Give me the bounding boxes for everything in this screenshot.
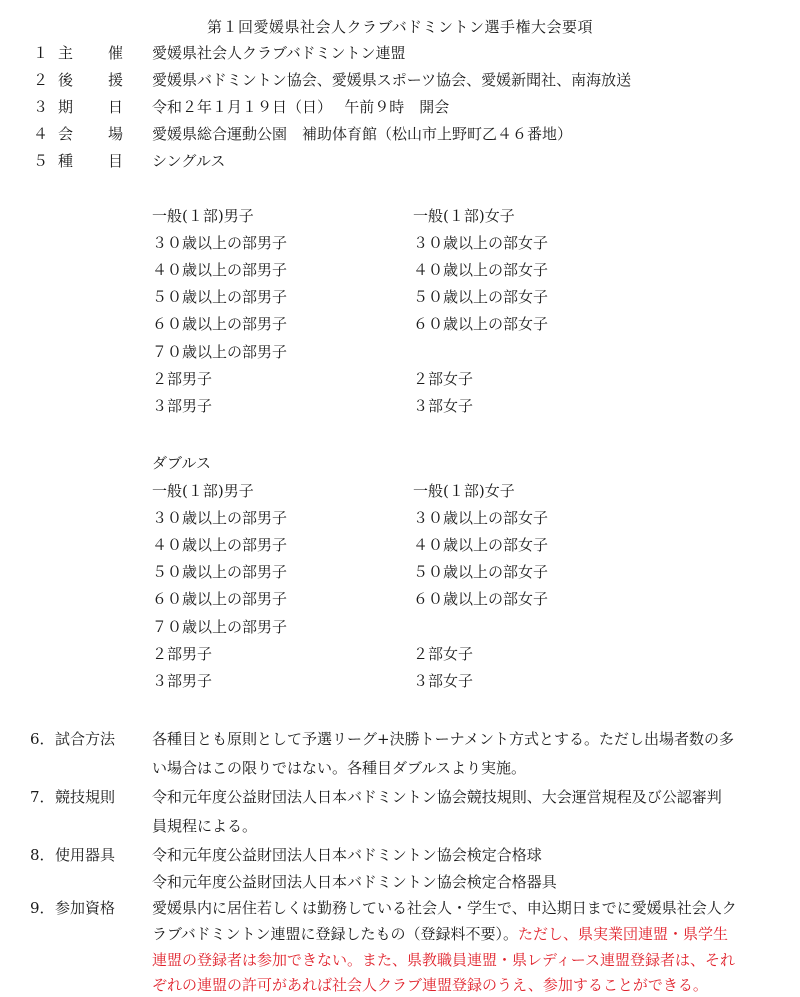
section-text: 令和元年度公益財団法人日本バドミントン協会競技規則、大会運営規程及び公認審判 — [152, 784, 722, 811]
doubles-men-event: ５０歳以上の部男子 — [152, 559, 287, 586]
item-label-1: 期 — [58, 94, 73, 121]
item-label-2: 日 — [108, 94, 123, 121]
section-text-mixed: ラブバドミントン連盟に登録したもの（登録料不要）。ただし、県実業団連盟・県学生 — [152, 921, 728, 948]
singles-heading: シングルス — [152, 148, 225, 175]
doubles-men-event: 一般(１部)男子 — [152, 478, 254, 505]
doubles-men-event: ６０歳以上の部男子 — [152, 586, 287, 613]
doubles-women-event: ３０歳以上の部女子 — [413, 505, 548, 532]
singles-women-event: ４０歳以上の部女子 — [413, 257, 548, 284]
item-number: ２ — [33, 67, 48, 94]
item-label-1: 種 — [58, 148, 73, 175]
item-value: 愛媛県社会人クラブバドミントン連盟 — [152, 40, 406, 67]
section-text: 各種目とも原則として予選リーグ+決勝トーナメント方式とする。ただし出場者数の多 — [152, 726, 734, 753]
singles-women-event: ３部女子 — [413, 393, 473, 420]
singles-men-event: ５０歳以上の部男子 — [152, 284, 287, 311]
singles-men-event: ３部男子 — [152, 393, 212, 420]
section-label: 参加資格 — [55, 895, 115, 922]
item-label-1: 会 — [58, 121, 73, 148]
singles-men-event: ２部男子 — [152, 366, 212, 393]
item-value: 愛媛県総合運動公園 補助体育館（松山市上野町乙４６番地） — [152, 121, 572, 148]
doubles-men-event: ４０歳以上の部男子 — [152, 532, 287, 559]
doubles-women-event: 一般(１部)女子 — [413, 478, 515, 505]
doubles-women-event: ５０歳以上の部女子 — [413, 559, 548, 586]
document-title: 第１回愛媛県社会人クラブバドミントン選手権大会要項 — [0, 16, 800, 37]
section-text: 愛媛県内に居住若しくは勤務している社会人・学生で、申込期日までに愛媛県社会人ク — [152, 895, 737, 922]
section-text: 令和元年度公益財団法人日本バドミントン協会検定合格器具 — [152, 869, 557, 896]
singles-men-event: ７０歳以上の部男子 — [152, 339, 287, 366]
eligibility-text: ラブバドミントン連盟に登録したもの（登録料不要）。 — [152, 925, 518, 943]
item-value: 愛媛県バドミントン協会、愛媛県スポーツ協会、愛媛新聞社、南海放送 — [152, 67, 631, 94]
doubles-women-event: ６０歳以上の部女子 — [413, 586, 548, 613]
eligibility-note-highlight: 連盟の登録者は参加できない。また、県教職員連盟・県レディース連盟登録者は、それ — [152, 947, 735, 974]
doubles-men-event: ３０歳以上の部男子 — [152, 505, 287, 532]
item-label-1: 主 — [58, 40, 73, 67]
section-number: 7． — [30, 784, 55, 811]
item-label-2: 援 — [108, 67, 123, 94]
section-label: 試合方法 — [55, 726, 115, 753]
section-text: 令和元年度公益財団法人日本バドミントン協会検定合格球 — [152, 842, 542, 869]
item-number: ４ — [33, 121, 48, 148]
item-value: 令和２年１月１９日（日） 午前９時 開会 — [152, 94, 449, 121]
item-number: ５ — [33, 148, 48, 175]
section-text: い場合はこの限りではない。各種目ダブルスより実施。 — [152, 755, 526, 782]
item-label-2: 場 — [108, 121, 123, 148]
singles-men-event: ３０歳以上の部男子 — [152, 230, 287, 257]
section-number: 8． — [30, 842, 55, 869]
doubles-women-event: ２部女子 — [413, 641, 473, 668]
singles-women-event: ５０歳以上の部女子 — [413, 284, 548, 311]
eligibility-note-highlight: ただし、県実業団連盟・県学生 — [518, 925, 728, 943]
section-label: 競技規則 — [55, 784, 115, 811]
doubles-heading: ダブルス — [152, 450, 211, 477]
section-text: 員規程による。 — [152, 813, 257, 840]
item-label-2: 目 — [108, 148, 123, 175]
doubles-men-event: ２部男子 — [152, 641, 212, 668]
doubles-women-event: ３部女子 — [413, 668, 473, 695]
singles-men-event: ４０歳以上の部男子 — [152, 257, 287, 284]
singles-women-event: ３０歳以上の部女子 — [413, 230, 548, 257]
section-number: 9． — [30, 895, 55, 922]
doubles-women-event: ４０歳以上の部女子 — [413, 532, 548, 559]
item-number: ３ — [33, 94, 48, 121]
singles-men-event: 一般(１部)男子 — [152, 203, 254, 230]
item-label-1: 後 — [58, 67, 73, 94]
section-label: 使用器具 — [55, 842, 115, 869]
section-number: 6． — [30, 726, 55, 753]
singles-women-event: ２部女子 — [413, 366, 473, 393]
eligibility-note-highlight: ぞれの連盟の許可があれば社会人クラブ連盟登録のうえ、参加することができる。 — [152, 972, 708, 997]
singles-women-event: 一般(１部)女子 — [413, 203, 515, 230]
item-label-2: 催 — [108, 40, 123, 67]
doubles-men-event: ３部男子 — [152, 668, 212, 695]
singles-women-event: ６０歳以上の部女子 — [413, 311, 548, 338]
singles-men-event: ６０歳以上の部男子 — [152, 311, 287, 338]
item-number: １ — [33, 40, 48, 67]
doubles-men-event: ７０歳以上の部男子 — [152, 614, 287, 641]
